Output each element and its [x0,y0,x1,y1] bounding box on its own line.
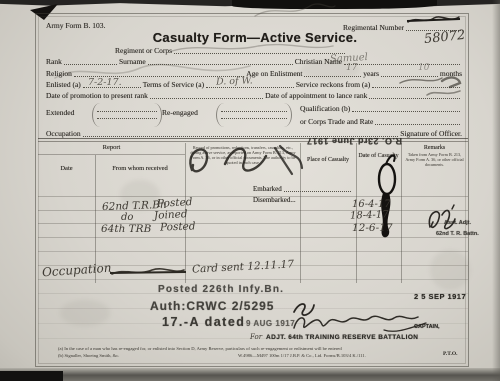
dated-stamp: 17.-A dated [162,315,245,329]
corps-trade-row: or Corps Trade and Rate [300,117,462,126]
extended-label: Extended [46,108,74,117]
dotted-leader [284,186,351,192]
row-from-value: 64th TRB [101,223,151,235]
lance-rank-label: Date of appointment to lance rank [265,91,367,100]
embarked-row: Embarked [253,185,353,193]
reengaged-entry-box [216,103,292,127]
dotted-leader [221,111,287,112]
service-reckons-label: Service reckons from (a) [296,80,370,89]
captain-stamp: CAPTAIN, [414,324,440,330]
column-header-date: Date [38,165,95,172]
dotted-leader [352,106,460,112]
occupation-label: Occupation [46,129,81,138]
enlisted-label: Enlisted (a) [46,80,81,89]
adjutant-stamp: ADJT. 64th TRAINING RESERVE BATTALION [266,334,418,341]
dotted-leader [150,93,263,99]
pencil-scrawl [250,2,340,20]
regiment-or-corps-label: Regiment or Corps [115,46,172,55]
table-row-line [38,251,468,252]
terms-of-service-value: D. of W. [216,75,253,87]
scanned-casualty-form: Army Form B. 103. Regimental Number 5807… [0,0,500,381]
promotion-row: Date of promotion to present rank Date o… [46,91,462,100]
disembarked-label: Disembarked... [253,196,296,204]
extended-entry-box [92,103,162,127]
signature-of-officer-label: Signature of Officer. [400,129,462,138]
crossed-out-word-scrawl [108,265,188,279]
years-label: years [363,69,379,78]
posted-stamp: Posted 226th Infy.Bn. [158,284,284,295]
footnote-b: (b) Signaller, Shoeing Smith, &c. [58,353,119,358]
ink-scrawl-header [180,138,305,183]
scan-bottom-band [0,368,500,381]
dotted-leader [221,118,287,119]
scan-bottom-corner [0,371,63,381]
row-date-value: 18-4-17 [350,209,389,221]
pto-label: P.T.O. [443,351,458,357]
reengaged-label: Re-engaged [162,108,198,117]
crossed-out-number-scrawl [405,13,463,27]
for-note: For [250,333,262,341]
footnote-a: (a) In the case of a man who has re-enga… [58,346,468,351]
asst-adjt-stamp: Asst. Adjt. [444,220,471,226]
battalion-stamp: 62nd T. R. Battn. [436,231,479,237]
age-years-value: 17 [346,63,357,73]
row-date-value: 12-6-17 [352,222,393,234]
form-number: Army Form B. 103. [46,21,105,30]
column-header-from-whom-received: From whom received [95,165,185,172]
lance-rank-scrawl [424,87,464,99]
dotted-leader [97,118,157,119]
report-header: Report [38,144,185,151]
row-date-value: 16-4-17 [352,199,391,210]
sep-date-stamp: 2 5 SEP 1917 [414,292,466,301]
dotted-leader [375,119,460,125]
embarked-label: Embarked [253,185,282,193]
column-header-place-of-casualty: Place of Casualty [300,157,356,163]
row-record-value: Posted [160,220,196,233]
enlisted-value: 7-2-17. [88,77,122,88]
terms-of-service-label: Terms of Service (a) [143,80,204,89]
qualification-row: Qualification (b) [300,104,462,113]
report-underline [38,154,185,155]
scan-right-edge [492,0,500,381]
promotion-label: Date of promotion to present rank [46,91,148,100]
faint-handwriting-scrawl [168,41,338,55]
auth-stamp: Auth:CRWC 2/5295 [150,299,274,313]
dotted-leader [97,111,157,112]
table-row-line [38,279,468,280]
column-header-remarks-note: Taken from Army Form B. 213, Army Form A… [404,152,465,167]
print-code: W.4986—M497 100m 1/17 J.B.P. & Co., Ltd.… [238,353,366,358]
corps-trade-label: or Corps Trade and Rate [300,117,373,126]
qualification-label: Qualification (b) [300,104,350,113]
row-from-value: do [121,212,133,223]
